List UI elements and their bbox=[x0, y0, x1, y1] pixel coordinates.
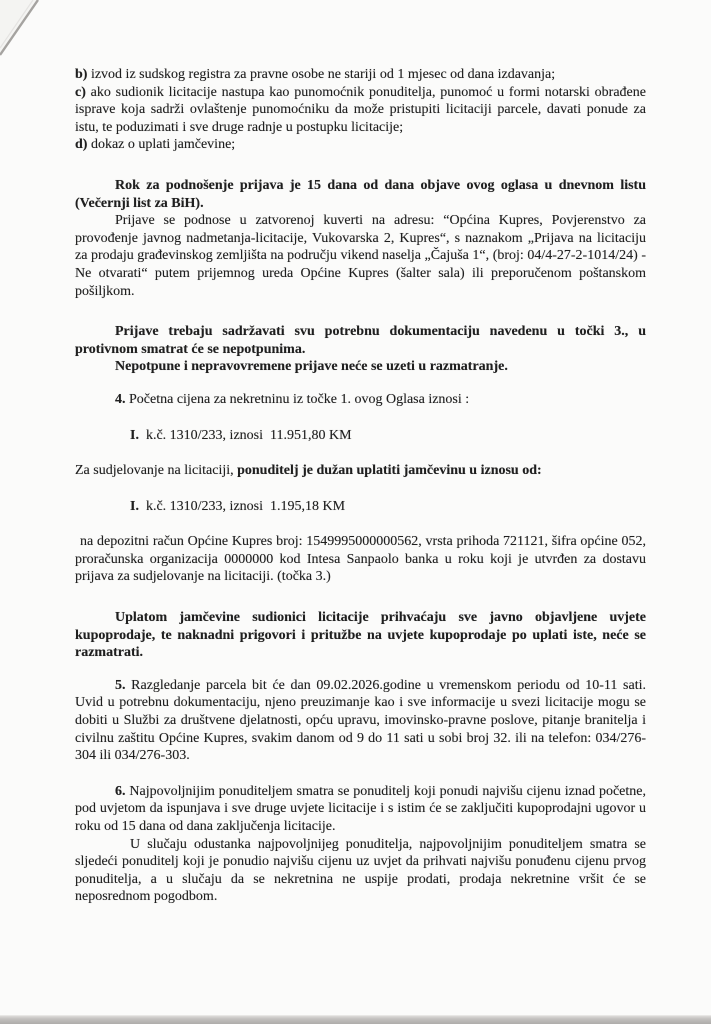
za-sudjelovanje-regular: Za sudjelovanje na licitaciji, bbox=[75, 463, 237, 478]
za-sudjelovanje-bold: ponuditelj je dužan uplatiti jamčevinu u… bbox=[237, 463, 542, 478]
paragraph-rok-za-podnosenje: Rok za podnošenje prijava je 15 dana od … bbox=[75, 177, 646, 212]
list-item-b-lead: b) bbox=[75, 67, 87, 82]
scan-bottom-edge-artifact bbox=[0, 1015, 711, 1024]
list-item-b-text: izvod iz sudskog registra za pravne osob… bbox=[87, 67, 555, 82]
price-item-1-lead: I. bbox=[130, 428, 139, 443]
point-4-number: 4. bbox=[115, 392, 126, 407]
price-item-1-text: k.č. 1310/233, iznosi 11.951,80 KM bbox=[139, 428, 352, 443]
deposit-item-text: k.č. 1310/233, iznosi 1.195,18 KM bbox=[139, 499, 345, 514]
paragraph-point-5: 5. Razgledanje parcela bit će dan 09.02.… bbox=[75, 677, 646, 765]
price-item-1: I. k.č. 1310/233, iznosi 11.951,80 KM bbox=[75, 427, 646, 445]
point-6-text: Najpovoljnijim ponuditeljem smatra se po… bbox=[75, 784, 646, 834]
page-corner-fold-artifact bbox=[0, 0, 60, 70]
paragraph-nepotpune-prijave: Nepotpune i nepravovremene prijave neće … bbox=[75, 358, 646, 376]
paragraph-point-4: 4. Početna cijena za nekretninu iz točke… bbox=[75, 391, 646, 409]
point-6-number: 6. bbox=[115, 784, 126, 799]
paragraph-prijave-trebaju: Prijave trebaju sadržavati svu potrebnu … bbox=[75, 323, 646, 358]
paragraph-prijave-se-podnose: Prijave se podnose u zatvorenoj kuverti … bbox=[75, 212, 646, 300]
list-item-c-text: ako sudionik licitacije nastupa kao puno… bbox=[75, 85, 646, 135]
paragraph-deposit-account: na depozitni račun Općine Kupres broj: 1… bbox=[75, 533, 646, 586]
deposit-item: I. k.č. 1310/233, iznosi 1.195,18 KM bbox=[75, 498, 646, 516]
list-item-c-lead: c) bbox=[75, 85, 86, 100]
scanned-document-page: b) izvod iz sudskog registra za pravne o… bbox=[0, 0, 711, 1024]
point-5-number: 5. bbox=[115, 678, 126, 693]
list-item-c: c) ako sudionik licitacije nastupa kao p… bbox=[75, 84, 646, 137]
list-item-b: b) izvod iz sudskog registra za pravne o… bbox=[75, 66, 646, 84]
paragraph-uplatom-jamcevine: Uplatom jamčevine sudionici licitacije p… bbox=[75, 609, 646, 662]
paragraph-point-6: 6. Najpovoljnijim ponuditeljem smatra se… bbox=[75, 783, 646, 836]
list-item-d: d) dokaz o uplati jamčevine; bbox=[75, 136, 646, 154]
point-4-text: Početna cijena za nekretninu iz točke 1.… bbox=[126, 392, 470, 407]
point-5-text: Razgledanje parcela bit će dan 09.02.202… bbox=[75, 678, 646, 763]
list-item-d-lead: d) bbox=[75, 137, 87, 152]
paragraph-za-sudjelovanje: Za sudjelovanje na licitaciji, ponuditel… bbox=[75, 462, 646, 480]
list-item-d-text: dokaz o uplati jamčevine; bbox=[87, 137, 235, 152]
document-body: b) izvod iz sudskog registra za pravne o… bbox=[75, 66, 646, 906]
deposit-item-lead: I. bbox=[130, 499, 139, 514]
paragraph-u-slucaju-odustanka: U slučaju odustanka najpovoljnijeg ponud… bbox=[75, 836, 646, 906]
